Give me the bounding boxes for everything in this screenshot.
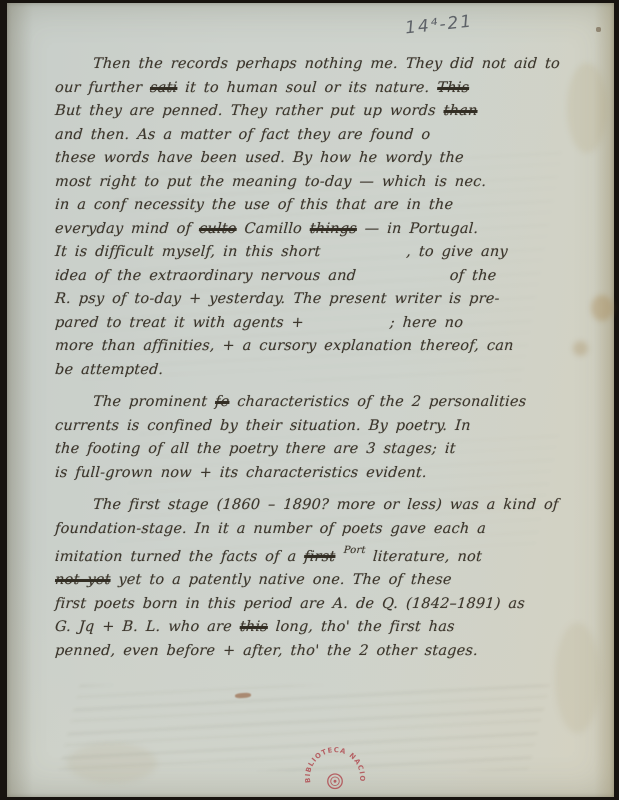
manuscript-line: be attempted. xyxy=(54,359,576,383)
manuscript-line: R. psy of to-day + yesterday. The presen… xyxy=(54,288,576,312)
scan-shadow-left xyxy=(7,3,33,797)
manuscript-line: more than affinities, + a cursory explan… xyxy=(54,335,576,359)
handwritten-text: Then the records perhaps nothing me. The… xyxy=(55,53,575,672)
svg-text:BIBLIOTECA NACIONAL: BIBLIOTECA NACIONAL xyxy=(302,747,366,783)
manuscript-line: penned, even before + after, tho' the 2 … xyxy=(54,640,576,664)
manuscript-page: 14⁴-21 Then the records perhaps nothing … xyxy=(7,3,614,797)
stamp-emblem-core xyxy=(334,780,337,783)
manuscript-line: It is difficult myself, in this short , … xyxy=(54,241,576,265)
manuscript-line: imitation turned the facts of a first Po… xyxy=(54,541,576,569)
manuscript-line: The first stage (1860 – 1890? more or le… xyxy=(54,494,576,518)
paper-stain xyxy=(67,743,157,783)
paragraph-3: The first stage (1860 – 1890? more or le… xyxy=(55,494,575,663)
manuscript-line: and then. As a matter of fact they are f… xyxy=(54,124,576,148)
catalog-number: 14⁴-21 xyxy=(404,11,474,38)
manuscript-line: idea of the extraordinary nervous and of… xyxy=(54,265,576,289)
manuscript-line: the footing of all the poetry there are … xyxy=(54,438,576,462)
manuscript-line: But they are penned. They rather put up … xyxy=(54,100,576,124)
paragraph-1: Then the records perhaps nothing me. The… xyxy=(55,53,575,382)
manuscript-line: The prominent fe characteristics of the … xyxy=(54,391,576,415)
manuscript-line: currents is confined by their situation.… xyxy=(54,415,576,439)
manuscript-line: everyday mind of culto Camillo things — … xyxy=(54,218,576,242)
manuscript-line: our further sati it to human soul or its… xyxy=(54,77,576,101)
manuscript-line: first poets born in this period are A. d… xyxy=(54,593,576,617)
manuscript-line: foundation-stage. In it a number of poet… xyxy=(54,518,576,542)
stamp-text: BIBLIOTECA NACIONAL xyxy=(302,747,366,783)
library-stamp: BIBLIOTECA NACIONAL xyxy=(302,747,368,800)
scan-shadow-right xyxy=(594,3,614,797)
manuscript-line: Then the records perhaps nothing me. The… xyxy=(54,53,576,77)
manuscript-line: in a conf necessity the use of this that… xyxy=(54,194,576,218)
paragraph-2: The prominent fe characteristics of the … xyxy=(55,391,575,485)
manuscript-line: most right to put the meaning to-day — w… xyxy=(54,171,576,195)
ink-smudge xyxy=(235,692,251,698)
manuscript-line: not yet yet to a patently native one. Th… xyxy=(54,569,576,593)
foxing-spot xyxy=(573,341,588,356)
manuscript-line: is full-grown now + its characteristics … xyxy=(54,462,576,486)
manuscript-line: these words have been used. By how he wo… xyxy=(54,147,576,171)
manuscript-line: G. Jq + B. L. who are this long, tho' th… xyxy=(54,616,576,640)
manuscript-line: pared to treat it with agents + ; here n… xyxy=(54,312,576,336)
